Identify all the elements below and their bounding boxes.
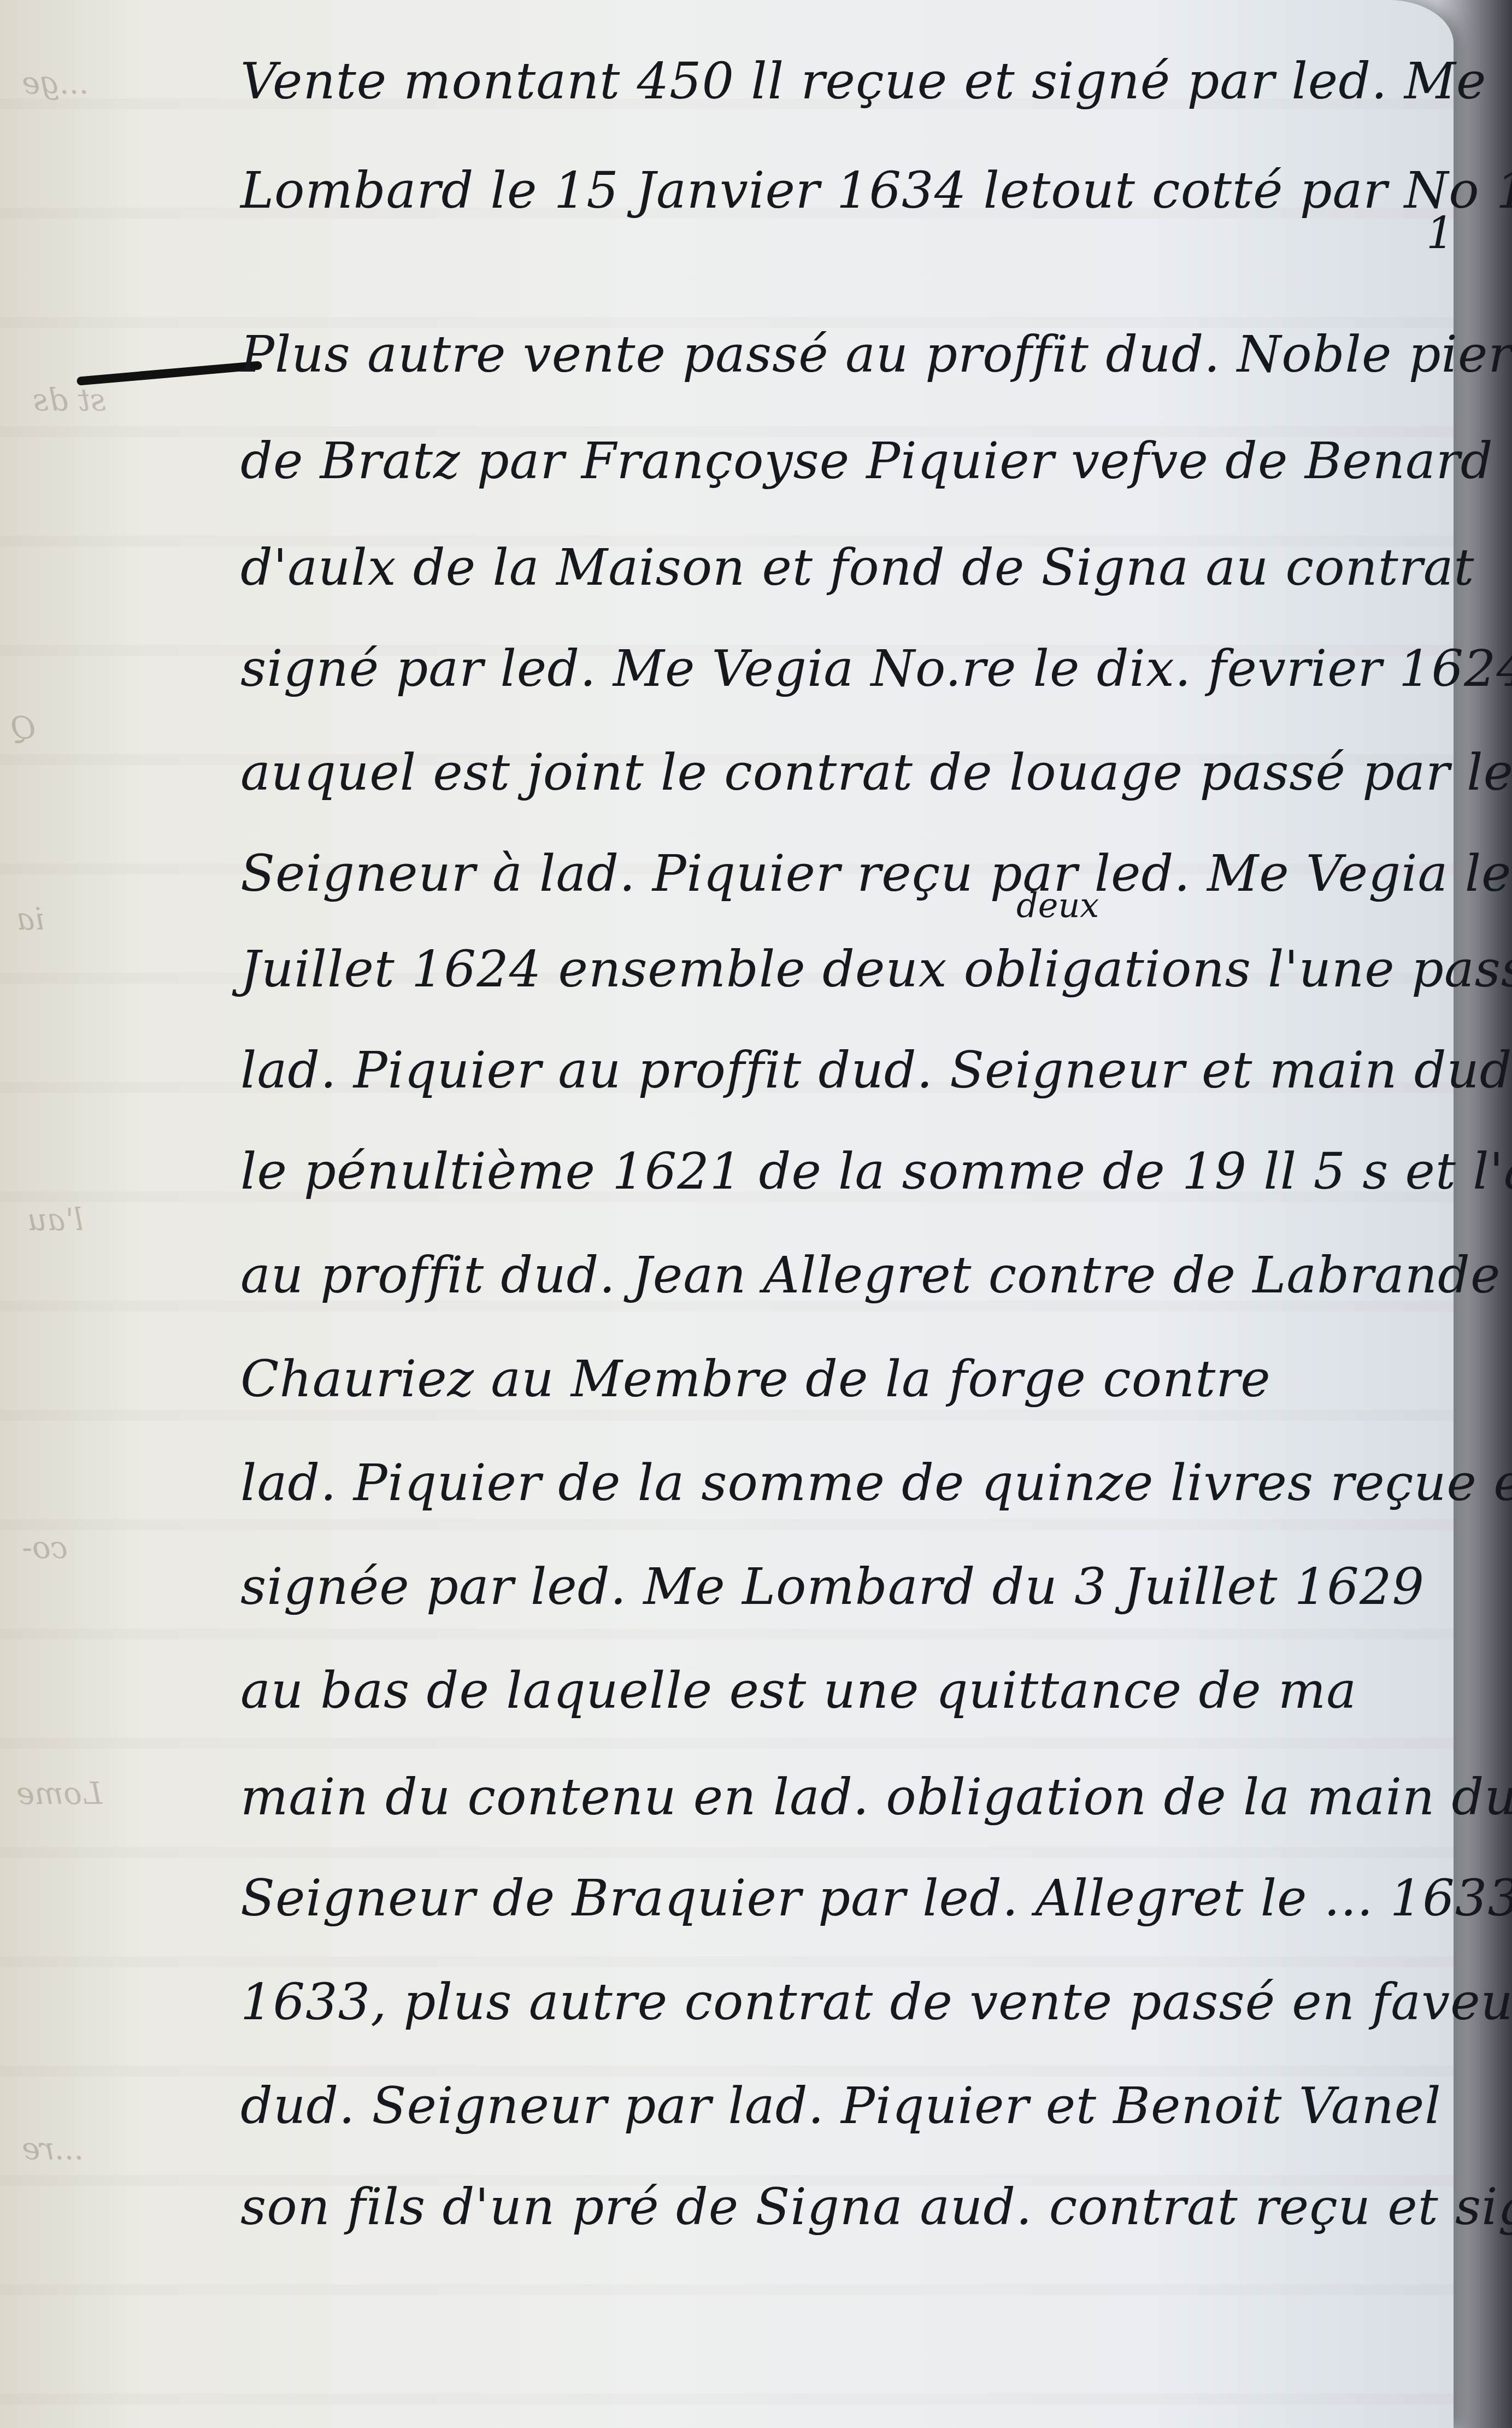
text-line: Vente montant 450 ll reçue et signé par … — [240, 52, 1486, 110]
text-line: Seigneur de Braquier par led. Allegret l… — [240, 1869, 1512, 1927]
margin-fragment: Q — [11, 710, 36, 746]
text-line: de Bratz par Françoyse Piquier vefve de … — [240, 432, 1512, 490]
margin-fragment: Lome — [16, 1776, 102, 1812]
text-line: dud. Seigneur par lad. Piquier et Benoit… — [240, 2077, 1442, 2135]
text-line: lad. Piquier de la somme de quinze livre… — [240, 1454, 1512, 1512]
margin-fragment: st ds — [33, 383, 106, 418]
margin-fragment: co- — [22, 1530, 68, 1566]
interlinear-insert: deux — [1016, 885, 1099, 925]
text-line: auquel est joint le contrat de louage pa… — [240, 743, 1512, 802]
margin-fragment: ...re — [22, 2131, 84, 2167]
margin-fragment: ia — [16, 902, 44, 937]
text-line: signée par led. Me Lombard du 3 Juillet … — [240, 1557, 1425, 1616]
text-line: main du contenu en lad. obligation de la… — [240, 1768, 1512, 1826]
text-line: Chauriez au Membre de la forge contre — [240, 1350, 1271, 1408]
text-line: lad. Piquier au proffit dud. Seigneur et… — [240, 1041, 1512, 1100]
text-line: au proffit dud. Jean Allegret contre de … — [240, 1246, 1501, 1304]
text-line: signé par led. Me Vegia No.re le dix. fe… — [240, 639, 1512, 698]
text-line: son fils d'un pré de Signa aud. contrat … — [240, 2178, 1512, 2236]
text-line: Seigneur à lad. Piquier reçu par led. Me… — [240, 844, 1512, 903]
text-line: d'aulx de la Maison et fond de Signa au … — [240, 538, 1475, 597]
text-line: Juillet 1624 ensemble deux obligations l… — [240, 940, 1512, 998]
manuscript-page: ...ge st ds Q ia l'au co- Lome ...re Ven… — [0, 0, 1454, 2428]
text-line: 1633, plus autre contrat de vente passé … — [240, 1973, 1512, 2031]
text-line: au bas de laquelle est une quittance de … — [240, 1661, 1357, 1720]
margin-fragment: l'au — [27, 1202, 84, 1238]
left-margin-bleedthrough: ...ge st ds Q ia l'au co- Lome ...re — [0, 0, 230, 2428]
text-line: le pénultième 1621 de la somme de 19 ll … — [240, 1142, 1512, 1201]
folio-number: 1 — [1426, 208, 1454, 258]
manuscript-photo: ...ge st ds Q ia l'au co- Lome ...re Ven… — [0, 0, 1512, 2428]
margin-fragment: ...ge — [22, 66, 89, 101]
text-line: Lombard le 15 Janvier 1634 letout cotté … — [240, 161, 1512, 220]
text-line: Plus autre vente passé au proffit dud. N… — [240, 325, 1512, 384]
